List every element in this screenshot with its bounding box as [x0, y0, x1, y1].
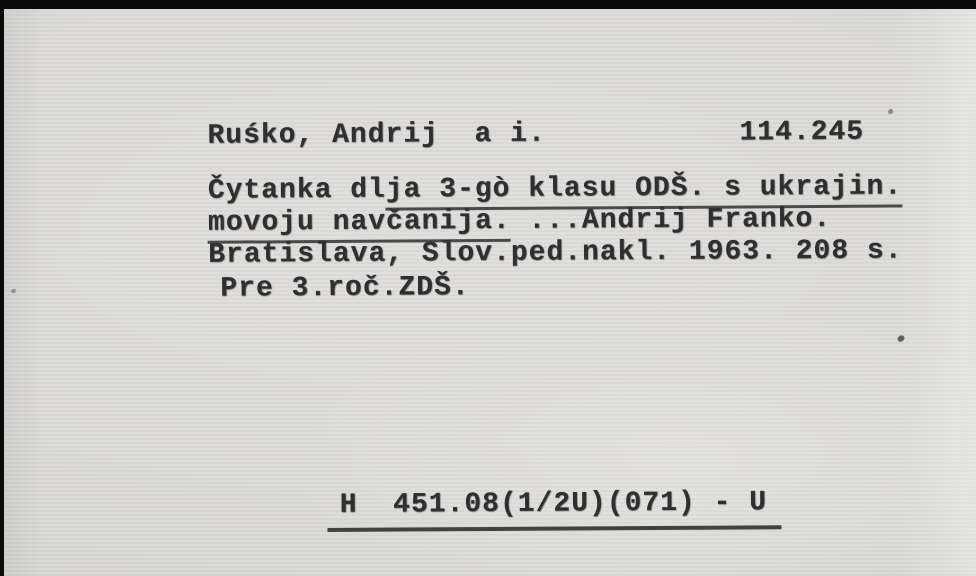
note-line: Pre 3.roč.ZDŠ.: [78, 243, 470, 335]
card-paper: Ruśko, Andrij a i. 114.245 Čytanka dlja …: [4, 9, 976, 576]
call-number-line: H 451.08(1/2U)(071) - U: [197, 458, 781, 563]
typed-text-block: Ruśko, Andrij a i. 114.245 Čytanka dlja …: [2, 6, 976, 576]
note-text: Pre 3.roč.ZDŠ.: [220, 272, 469, 305]
scanned-catalog-card: Ruśko, Andrij a i. 114.245 Čytanka dlja …: [0, 0, 976, 576]
call-number-value: H 451.08(1/2U)(071) - U: [328, 488, 782, 532]
